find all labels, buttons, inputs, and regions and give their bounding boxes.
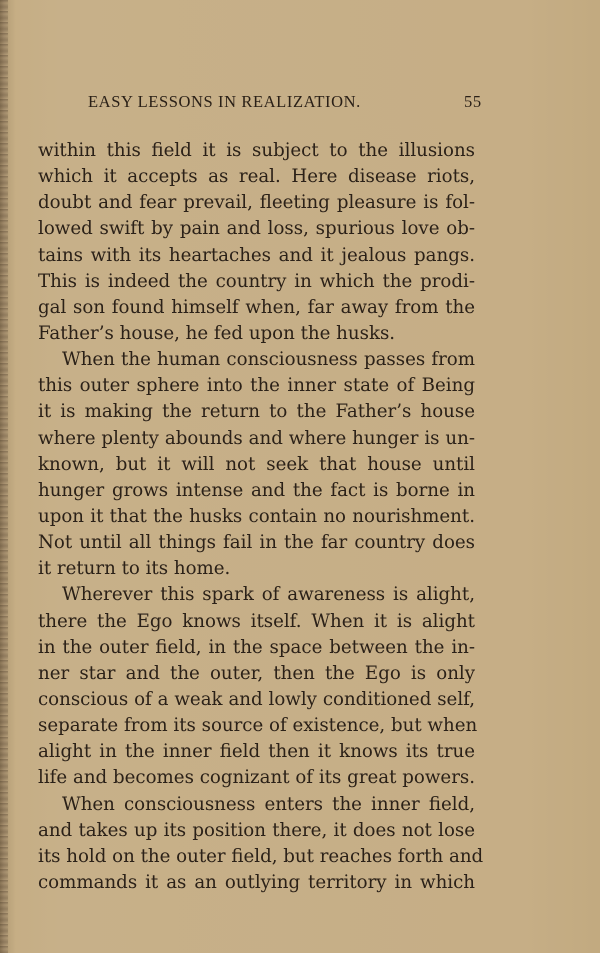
text-line: this outer sphere into the inner state o… — [38, 373, 475, 399]
text-line: lowed swift by pain and loss, spurious l… — [38, 216, 475, 242]
text-line: it return to its home. — [38, 556, 475, 582]
text-line: in the outer field, in the space between… — [38, 635, 475, 661]
text-line: within this field it is subject to the i… — [38, 138, 475, 164]
text-line: and takes up its position there, it does… — [38, 818, 475, 844]
page-body: within this field it is subject to the i… — [38, 138, 475, 896]
text-line: it is making the return to the Father’s … — [38, 399, 475, 425]
text-line: separate from its source of existence, b… — [38, 713, 475, 739]
text-line: which it accepts as real. Here disease r… — [38, 164, 475, 190]
text-line: where plenty abounds and where hunger is… — [38, 426, 475, 452]
paragraph-4: When consciousness enters the inner fiel… — [38, 792, 475, 897]
text-line: life and becomes cognizant of its great … — [38, 765, 475, 791]
running-title: EASY LESSONS IN REALIZATION. — [88, 92, 361, 112]
text-line: ner star and the outer, then the Ego is … — [38, 661, 475, 687]
text-line: Not until all things fail in the far cou… — [38, 530, 475, 556]
paragraph-3: Wherever this spark of awareness is alig… — [38, 582, 475, 791]
text-line: Wherever this spark of awareness is alig… — [38, 582, 475, 608]
text-line: gal son found himself when, far away fro… — [38, 295, 475, 321]
text-line: When the human consciousness passes from — [38, 347, 475, 373]
text-line: doubt and fear prevail, fleeting pleasur… — [38, 190, 475, 216]
paragraph-1: within this field it is subject to the i… — [38, 138, 475, 347]
text-line: hunger grows intense and the fact is bor… — [38, 478, 475, 504]
text-line: upon it that the husks contain no nouris… — [38, 504, 475, 530]
text-line: When consciousness enters the inner fiel… — [38, 792, 475, 818]
page-spine-edge — [0, 0, 8, 953]
book-page: EASY LESSONS IN REALIZATION. 55 within t… — [0, 0, 600, 953]
page-number: 55 — [464, 92, 482, 112]
text-line: alight in the inner field then it knows … — [38, 739, 475, 765]
text-line: This is indeed the country in which the … — [38, 269, 475, 295]
text-line: tains with its heartaches and it jealous… — [38, 243, 475, 269]
text-line: conscious of a weak and lowly conditione… — [38, 687, 475, 713]
text-line: there the Ego knows itself. When it is a… — [38, 609, 475, 635]
text-line: its hold on the outer field, but reaches… — [38, 844, 475, 870]
paragraph-2: When the human consciousness passes from… — [38, 347, 475, 582]
text-line: Father’s house, he fed upon the husks. — [38, 321, 475, 347]
text-line: commands it as an outlying territory in … — [38, 870, 475, 896]
text-line: known, but it will not seek that house u… — [38, 452, 475, 478]
